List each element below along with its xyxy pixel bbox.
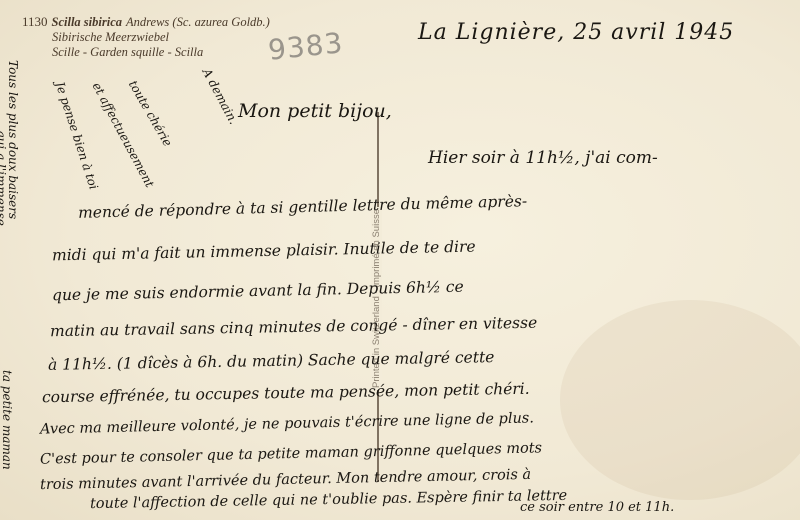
latin-name: Scilla sibirica (52, 15, 123, 29)
letter-line: mencé de répondre à ta si gentille lettr… (78, 192, 527, 222)
letter-line: midi qui m'a fait un immense plaisir. In… (52, 238, 476, 265)
margin-note: Je pense bien à toi (53, 80, 101, 191)
margin-note: Tous les plus doux baisers (6, 60, 20, 219)
letter-line: Hier soir à 11h½, j'ai com- (428, 148, 658, 168)
letter-line: matin au travail sans cinq minutes de co… (50, 314, 537, 341)
margin-note: A demain. (200, 66, 241, 127)
letter-line: C'est pour te consoler que ta petite mam… (40, 440, 542, 467)
paper-stain (560, 300, 800, 500)
german-name: Sibirische Meerzwiebel (22, 30, 270, 45)
letter-line: ce soir entre 10 et 11h. (520, 500, 674, 515)
letter-line: que je me suis endormie avant la fin. De… (52, 278, 464, 305)
salutation: Mon petit bijou, (238, 100, 392, 122)
letter-line: à 11h½. (1 dîcès à 6h. du matin) Sache q… (48, 348, 495, 374)
caption-title-line: 1130 Scilla sibirica Andrews (Sc. azurea… (22, 14, 270, 30)
place-and-date: La Lignière, 25 avril 1945 (418, 20, 734, 45)
margin-note: ta petite maman (0, 370, 14, 470)
botanical-author: Andrews (Sc. azurea Goldb.) (126, 15, 270, 29)
letter-line: toute l'affection de celle qui ne t'oubl… (90, 488, 567, 512)
archive-number: 9383 (266, 26, 344, 67)
common-names: Scille - Garden squille - Scilla (22, 45, 270, 60)
letter-line: Avec ma meilleure volonté, je ne pouvais… (40, 410, 534, 437)
postcard-back: 1130 Scilla sibirica Andrews (Sc. azurea… (0, 0, 800, 520)
catalog-number: 1130 (22, 14, 48, 29)
letter-line: course effrénée, tu occupes toute ma pen… (42, 380, 530, 407)
margin-note: qui a l'immense (0, 130, 8, 226)
printed-caption: 1130 Scilla sibirica Andrews (Sc. azurea… (22, 14, 270, 60)
